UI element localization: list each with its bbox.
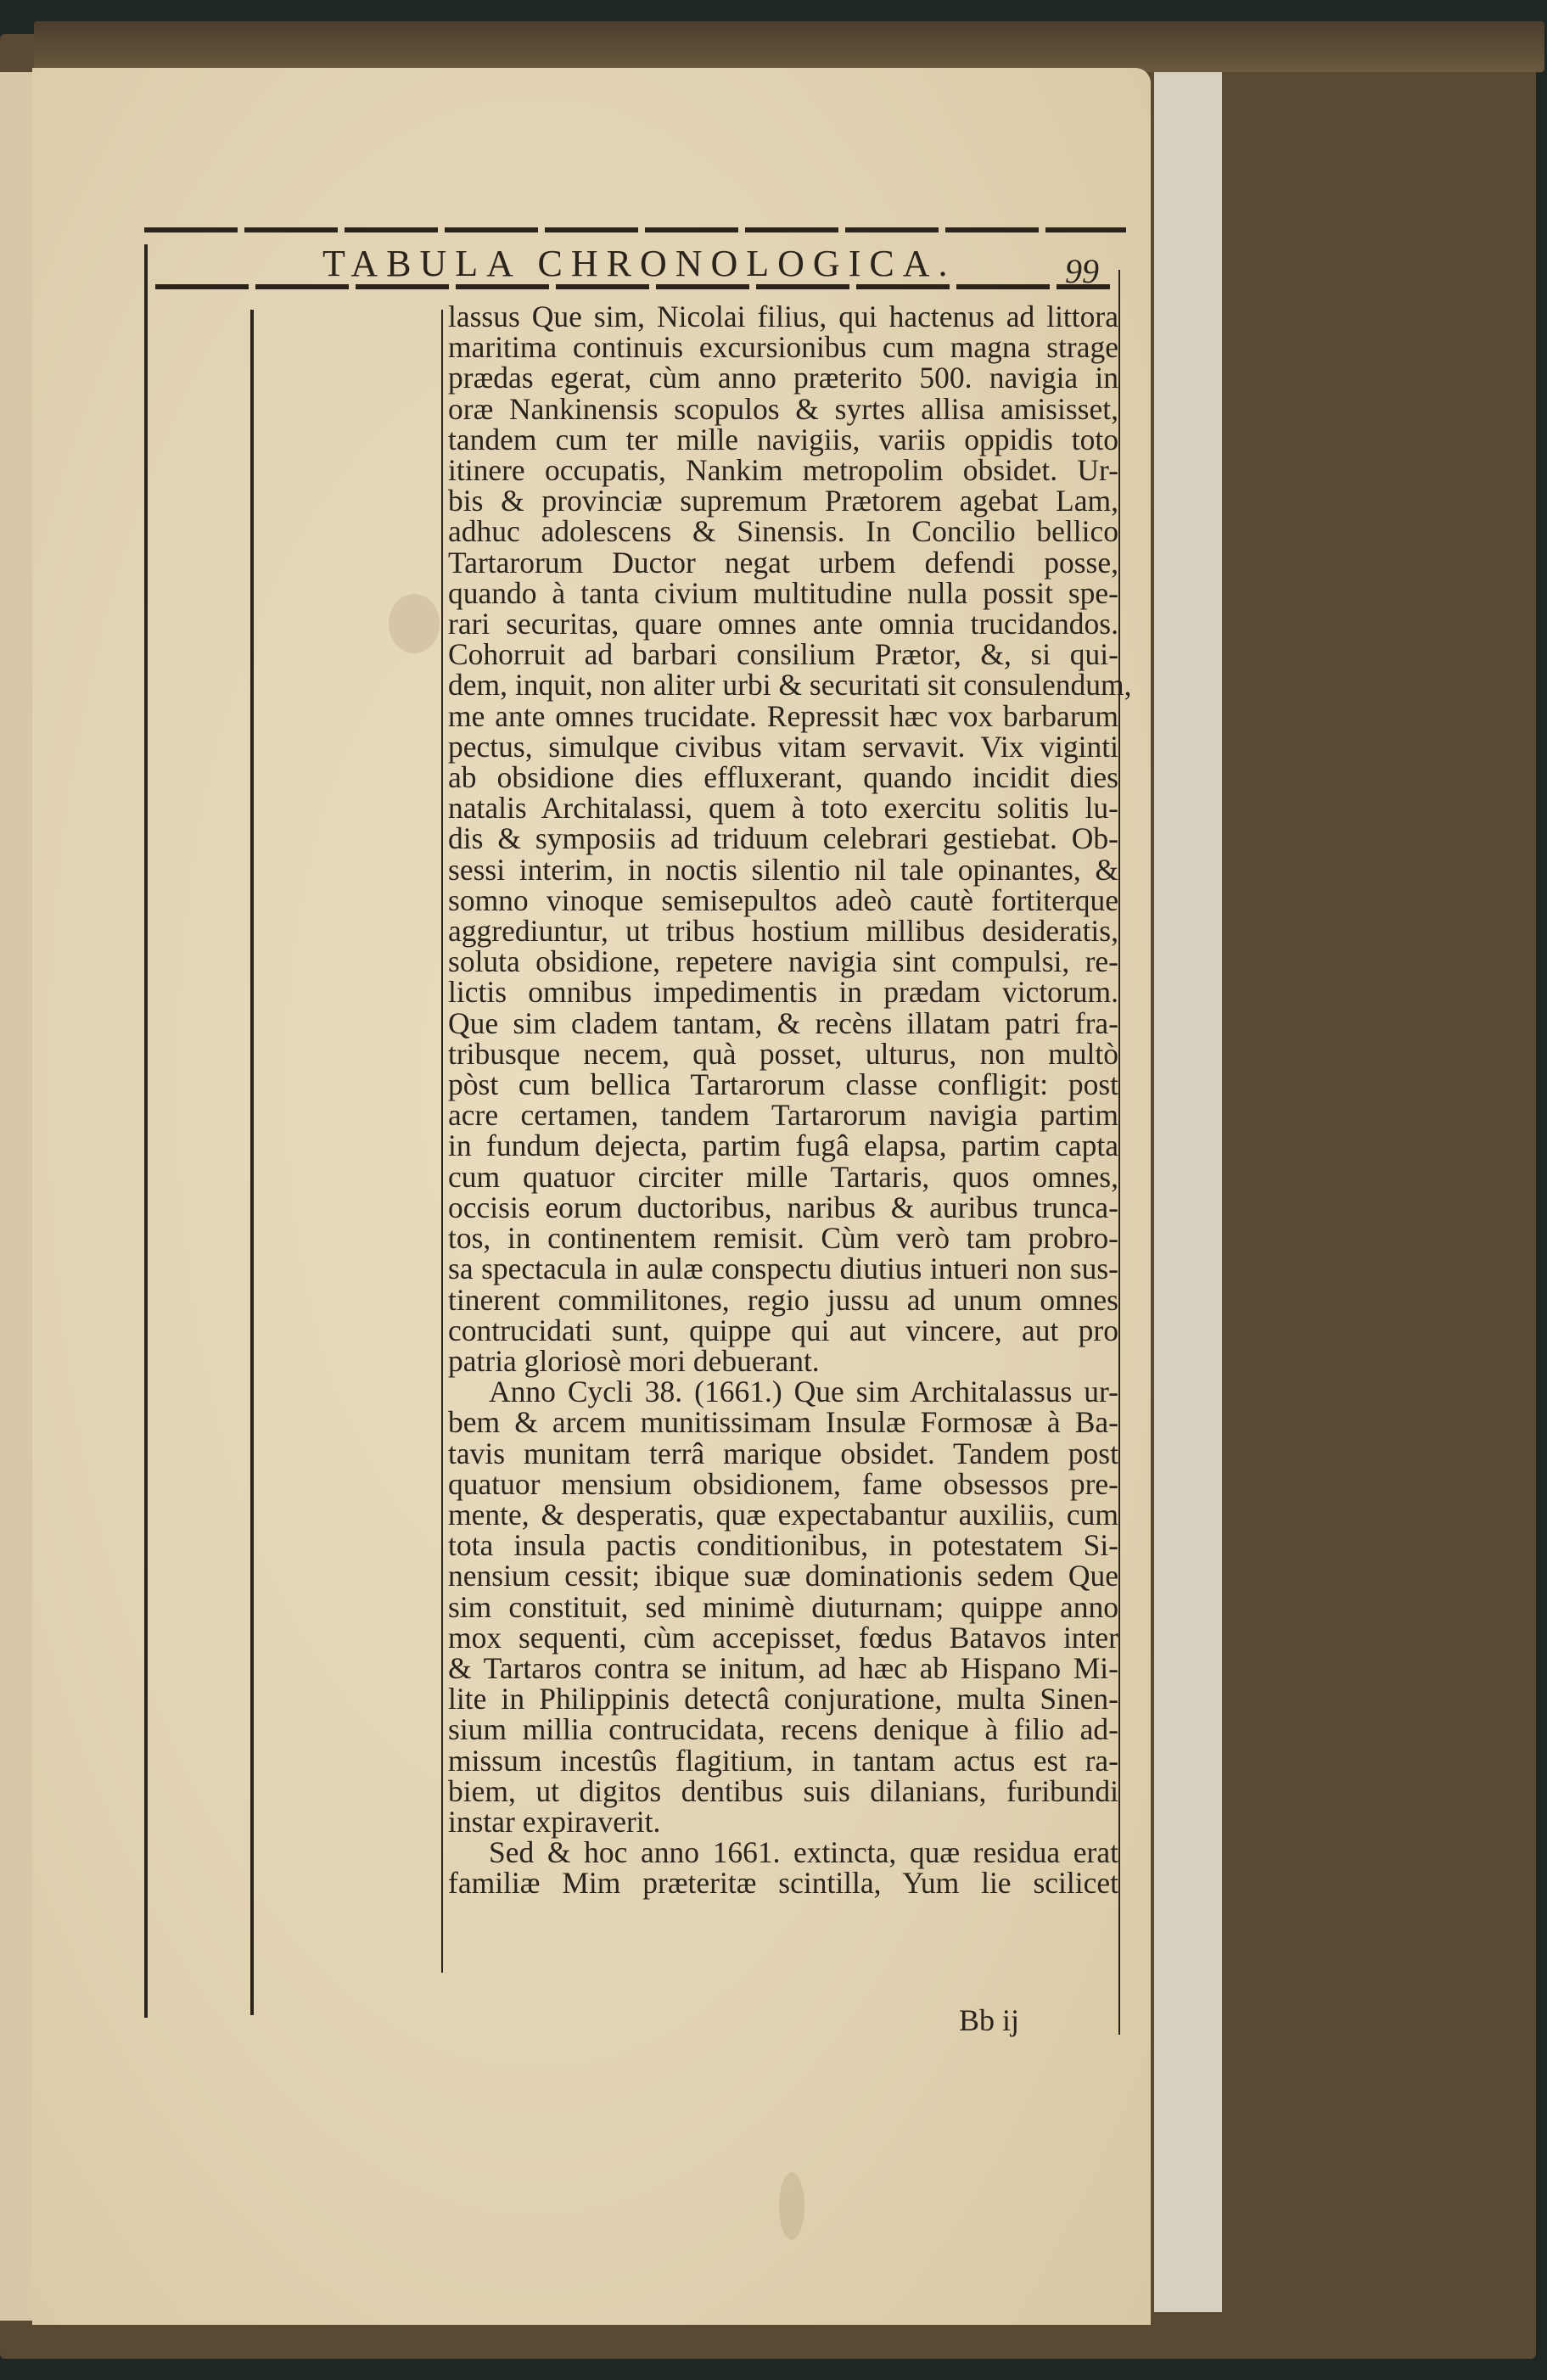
signature-mark: Bb ij	[959, 2002, 1019, 2038]
paper-stain	[389, 594, 440, 653]
text-line: aggrediuntur, ut tribus hostium millibus…	[448, 916, 1118, 946]
text-line: bis & provinciæ supremum Prætorem agebat…	[448, 485, 1118, 516]
paper-stain	[779, 2172, 804, 2240]
text-line: oræ Nankinensis scopulos & syrtes allisa…	[448, 394, 1118, 424]
text-line: tota insula pactis conditionibus, in pot…	[448, 1530, 1118, 1560]
header-rule-top	[144, 227, 1126, 232]
text-line: Anno Cycli 38. (1661.) Que sim Architala…	[448, 1376, 1118, 1407]
text-line: Tartarorum Ductor negat urbem defendi po…	[448, 547, 1118, 578]
text-line: adhuc adolescens & Sinensis. In Concilio…	[448, 516, 1118, 546]
text-line: tos, in continentem remisit. Cùm verò ta…	[448, 1223, 1118, 1253]
text-line: tribusque necem, quà posset, ulturus, no…	[448, 1039, 1118, 1069]
text-line: lite in Philippinis detectâ conjuratione…	[448, 1683, 1118, 1714]
text-line: soluta obsidione, repetere navigia sint …	[448, 946, 1118, 977]
text-line: prædas egerat, cùm anno præterito 500. n…	[448, 362, 1118, 393]
text-line: rari securitas, quare omnes ante omnia t…	[448, 608, 1118, 639]
text-line: pòst cum bellica Tartarorum classe confl…	[448, 1069, 1118, 1100]
text-line: mox sequenti, cùm accepisset, fœdus Bata…	[448, 1622, 1118, 1653]
text-line: occisis eorum ductoribus, naribus & auri…	[448, 1192, 1118, 1223]
text-line: Sed & hoc anno 1661. extincta, quæ resid…	[448, 1837, 1118, 1868]
text-line: familiæ Mim præteritæ scintilla, Yum lie…	[448, 1868, 1118, 1898]
body-text: lassus Que sim, Nicolai filius, qui hact…	[448, 301, 1118, 1899]
text-line: & Tartaros contra se initum, ad hæc ab H…	[448, 1653, 1118, 1683]
text-line: in fundum dejecta, partim fugâ elapsa, p…	[448, 1130, 1118, 1161]
frame-left-rule	[144, 244, 148, 2018]
text-line: quando à tanta civium multitudine nulla …	[448, 578, 1118, 608]
flyleaf	[1154, 72, 1222, 2312]
text-line: contrucidati sunt, quippe qui aut vincer…	[448, 1315, 1118, 1346]
book-spine-edge	[34, 21, 1544, 72]
text-line: nensium cessit; ibique suæ dominationis …	[448, 1560, 1118, 1591]
text-line: somno vinoque semisepultos adeò cautè fo…	[448, 885, 1118, 916]
text-line: ab obsidione dies effluxerant, quando in…	[448, 762, 1118, 792]
text-line: me ante omnes trucidate. Repressit hæc v…	[448, 701, 1118, 731]
text-line: tinerent commilitones, regio jussu ad un…	[448, 1285, 1118, 1315]
text-line: instar expiraverit.	[448, 1806, 1118, 1837]
text-line: sa spectacula in aulæ conspectu diutius …	[448, 1253, 1118, 1284]
text-line: missum incestûs flagitium, in tantam act…	[448, 1745, 1118, 1776]
text-line: Que sim cladem tantam, & recèns illatam …	[448, 1008, 1118, 1039]
text-line: tandem cum ter mille navigiis, variis op…	[448, 424, 1118, 455]
text-line: maritima continuis excursionibus cum mag…	[448, 332, 1118, 362]
text-line: quatuor mensium obsidionem, fame obsesso…	[448, 1469, 1118, 1499]
text-line: natalis Architalassi, quem à toto exerci…	[448, 792, 1118, 823]
text-line: lassus Que sim, Nicolai filius, qui hact…	[448, 301, 1118, 332]
running-head-title: TABULA CHRONOLOGICA.	[322, 242, 956, 285]
facing-page-edge	[0, 72, 34, 2321]
text-line: mente, & desperatis, quæ expectabantur a…	[448, 1499, 1118, 1530]
text-line: acre certamen, tandem Tartarorum navigia…	[448, 1100, 1118, 1130]
text-line: sium millia contrucidata, recens denique…	[448, 1714, 1118, 1744]
text-line: pectus, simulque civibus vitam servavit.…	[448, 731, 1118, 762]
text-line: biem, ut digitos dentibus suis dilanians…	[448, 1776, 1118, 1806]
text-line: patria gloriosè mori debuerant.	[448, 1346, 1118, 1376]
text-line: lictis omnibus impedimentis in prædam vi…	[448, 977, 1118, 1007]
margin-column-rule	[250, 310, 254, 2015]
text-line: sim constituit, sed minimè diuturnam; qu…	[448, 1592, 1118, 1622]
text-line: dem, inquit, non aliter urbi & securitat…	[448, 669, 1118, 700]
page-number: 99	[1065, 251, 1099, 291]
text-line: tavis munitam terrâ marique obsidet. Tan…	[448, 1438, 1118, 1469]
text-line: sessi interim, in noctis silentio nil ta…	[448, 854, 1118, 885]
text-column-left-rule	[441, 310, 443, 1973]
text-line: bem & arcem munitissimam Insulæ Formosæ …	[448, 1407, 1118, 1437]
text-line: itinere occupatis, Nankim metropolim obs…	[448, 455, 1118, 485]
text-line: Cohorruit ad barbari consilium Prætor, &…	[448, 639, 1118, 669]
text-line: cum quatuor circiter mille Tartaris, quo…	[448, 1162, 1118, 1192]
frame-right-rule	[1118, 270, 1120, 2035]
text-line: dis & symposiis ad triduum celebrari ges…	[448, 823, 1118, 854]
